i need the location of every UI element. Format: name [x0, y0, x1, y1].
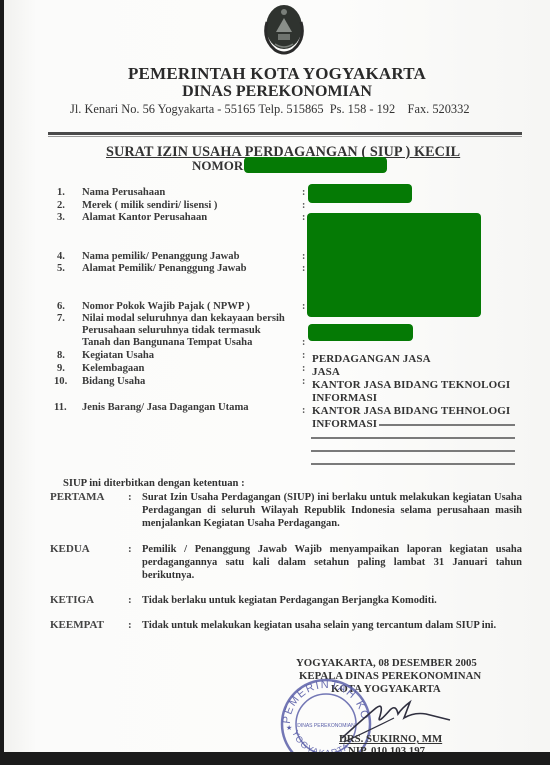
provision-colon: : — [128, 594, 132, 606]
field-label: Nama pemilik/ Penanggung Jawab — [82, 251, 239, 262]
signatory-nip: NIP. 010 103 197 — [348, 745, 425, 752]
field-colon: : — [302, 251, 305, 262]
provision-text-second: Pemilik / Penanggung Jawab Wajib menyamp… — [142, 543, 522, 582]
field-value-business-activity: PERDAGANGAN JASA — [312, 353, 431, 365]
field-colon: : — [302, 337, 305, 348]
field-colon: : — [302, 212, 305, 223]
blank-fill-line — [379, 424, 515, 426]
field-number: 2. — [57, 200, 65, 211]
field-label: Kelembagaan — [82, 363, 144, 374]
provision-label-third: KETIGA — [50, 594, 94, 606]
field-colon: : — [302, 301, 305, 312]
field-colon: : — [302, 405, 305, 416]
department-name: DINAS PEREKONOMIAN — [4, 83, 550, 101]
field-number: 5. — [57, 263, 65, 274]
field-number: 8. — [57, 350, 65, 361]
office-address: Jl. Kenari No. 56 Yogyakarta - 55165 Tel… — [70, 102, 470, 117]
field-label-continued: Perusahaan seluruhnya tidak termasuk — [82, 325, 261, 336]
redacted-company-name — [308, 184, 412, 203]
city-coat-of-arms-icon — [261, 2, 307, 56]
provision-colon: : — [128, 491, 132, 503]
field-value-business-field-continued: INFORMASI — [312, 392, 377, 404]
field-number: 1. — [57, 187, 65, 198]
field-label: Nilai modal seluruhnya dan kekayaan bers… — [82, 313, 285, 324]
field-colon: : — [302, 187, 305, 198]
field-number: 9. — [57, 363, 65, 374]
field-colon: : — [302, 263, 305, 274]
field-colon: : — [302, 376, 305, 387]
letterhead-divider — [48, 132, 522, 135]
field-label: Kegiatan Usaha — [82, 350, 154, 361]
field-label: Alamat Kantor Perusahaan — [82, 212, 207, 223]
field-label: Jenis Barang/ Jasa Dagangan Utama — [82, 402, 249, 413]
field-colon: : — [302, 200, 305, 211]
document-number-label: NOMOR : — [192, 158, 251, 174]
government-name: PEMERINTAH KOTA YOGYAKARTA — [4, 64, 550, 84]
field-number: 7. — [57, 313, 65, 324]
provision-text-fourth: Tidak untuk melakukan kegiatan usaha sel… — [142, 619, 522, 632]
letterhead-divider-thin — [48, 136, 522, 137]
field-label-continued: Tanah dan Bangunana Tempat Usaha — [82, 337, 252, 348]
field-colon: : — [302, 363, 305, 374]
field-value-main-goods-continued: INFORMASI — [312, 418, 377, 430]
field-number: 10. — [54, 376, 67, 387]
provisions-intro: SIUP ini diterbitkan dengan ketentuan : — [63, 478, 245, 489]
field-number: 6. — [57, 301, 65, 312]
field-label: Nama Perusahaan — [82, 187, 165, 198]
field-value-main-goods: KANTOR JASA BIDANG TEHNOLOGI — [312, 405, 510, 417]
provision-label-fourth: KEEMPAT — [50, 619, 104, 631]
provision-label-first: PERTAMA — [50, 491, 104, 503]
provision-label-second: KEDUA — [50, 543, 90, 555]
document-page: PEMERINTAH KOTA YOGYAKARTA DINAS PEREKON… — [4, 0, 550, 752]
redacted-address-block — [307, 213, 481, 317]
provision-colon: : — [128, 543, 132, 555]
svg-text:★: ★ — [286, 724, 292, 732]
scan-bottom-edge — [0, 752, 550, 765]
field-colon: : — [302, 350, 305, 361]
field-label: Nomor Pokok Wajib Pajak ( NPWP ) — [82, 301, 250, 312]
blank-fill-line — [311, 437, 515, 439]
field-label: Alamat Pemilik/ Penanggung Jawab — [82, 263, 247, 274]
field-label: Merek ( milik sendiri/ lisensi ) — [82, 200, 217, 211]
field-value-institution: JASA — [312, 366, 340, 378]
redacted-capital-value — [308, 324, 413, 341]
signatory-name: DRS. SUKIRNO, MM — [339, 733, 442, 745]
field-number: 11. — [54, 402, 67, 413]
blank-fill-line — [311, 450, 515, 452]
provision-text-first: Surat Izin Usaha Perdagangan (SIUP) ini … — [142, 491, 522, 530]
field-value-business-field: KANTOR JASA BIDANG TEKNOLOGI — [312, 379, 510, 391]
provision-text-third: Tidak berlaku untuk kegiatan Perdagangan… — [142, 594, 522, 607]
provision-colon: : — [128, 619, 132, 631]
field-number: 3. — [57, 212, 65, 223]
field-number: 4. — [57, 251, 65, 262]
blank-fill-line — [311, 463, 515, 465]
redacted-document-number — [244, 157, 387, 173]
issue-place-date: YOGYAKARTA, 08 DESEMBER 2005 — [296, 657, 477, 669]
field-label: Bidang Usaha — [82, 376, 145, 387]
